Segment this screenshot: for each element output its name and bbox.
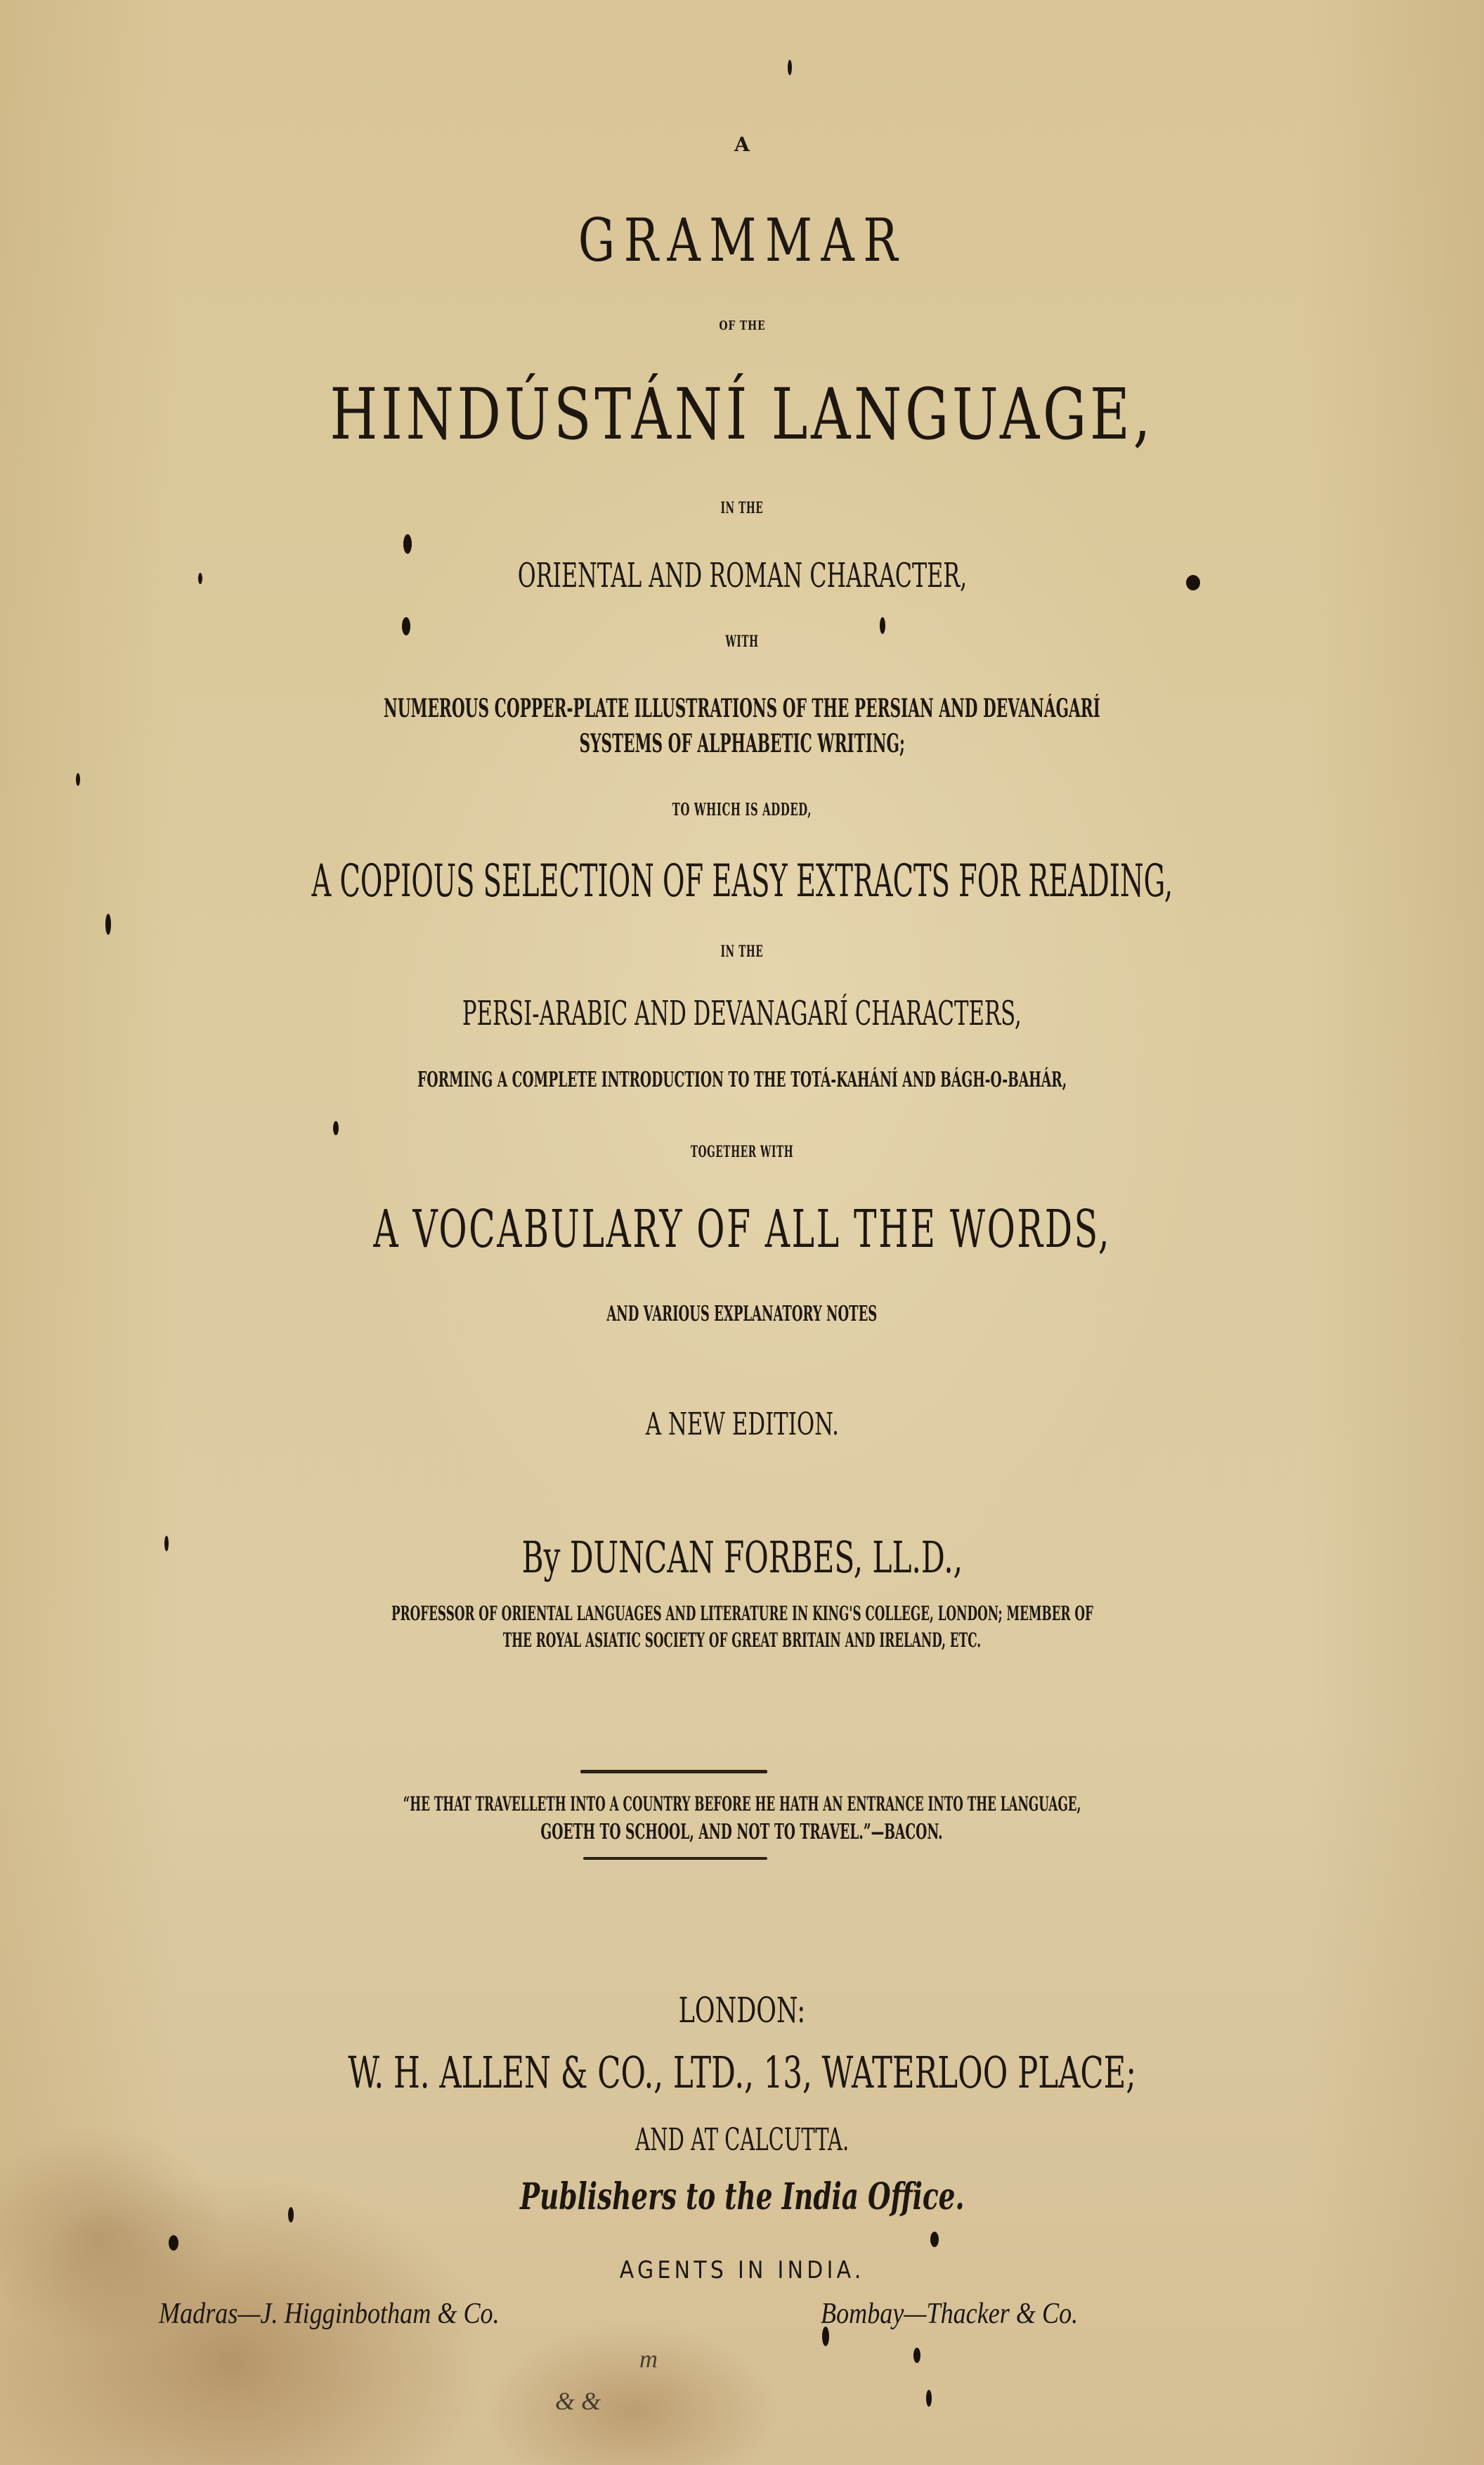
in-the-label-2: IN THE: [0, 944, 1484, 959]
author-credentials-2: THE ROYAL ASIATIC SOCIETY OF GREAT BRITA…: [0, 1631, 1484, 1650]
ink-speck: [926, 2390, 932, 2407]
main-title-text: GRAMMAR: [578, 211, 906, 270]
author-line: By DUNCAN FORBES, LL.D.,: [0, 1536, 1484, 1579]
agents-list: Madras—J. Higginbotham & Co. Bombay—Thac…: [0, 2297, 1484, 2339]
forming-line-text: FORMING A COMPLETE INTRODUCTION TO THE T…: [417, 1070, 1067, 1091]
persi-arabic-line-text: PERSI-ARABIC AND DEVANAGARÍ CHARACTERS,: [462, 997, 1022, 1030]
title-article: A: [0, 135, 1484, 155]
main-title: GRAMMAR: [0, 211, 1484, 270]
with-text: WITH: [725, 634, 758, 649]
imprint-publisher-text: W. H. ALLEN & CO., LTD., 13, WATERLOO PL…: [348, 2051, 1136, 2095]
author-credentials-2-text: THE ROYAL ASIATIC SOCIETY OF GREAT BRITA…: [503, 1631, 981, 1650]
forming-line: FORMING A COMPLETE INTRODUCTION TO THE T…: [0, 1070, 1484, 1091]
agent-madras: Madras—J. Higginbotham & Co.: [159, 2297, 500, 2331]
agents-heading: AGENTS IN INDIA.: [0, 2258, 1484, 2282]
title-article-text: A: [734, 133, 750, 156]
ink-speck: [403, 534, 412, 554]
ink-speck: [930, 2232, 939, 2247]
stain-fragment-m: m: [639, 2344, 658, 2374]
ink-speck: [333, 1121, 339, 1135]
ink-speck: [402, 617, 410, 635]
edition-text: A NEW EDITION.: [646, 1409, 839, 1440]
ink-speck: [788, 60, 792, 75]
language-title-text: HINDÚSTÁNÍ LANGUAGE,: [330, 380, 1154, 450]
author-line-text: By DUNCAN FORBES, LL.D.,: [521, 1536, 962, 1579]
notes-line: AND VARIOUS EXPLANATORY NOTES: [0, 1304, 1484, 1325]
author-credentials-1-text: PROFESSOR OF ORIENTAL LANGUAGES AND LITE…: [391, 1604, 1093, 1624]
epigraph-line-2: GOETH TO SCHOOL, AND NOT TO TRAVEL.”—BAC…: [0, 1822, 1484, 1843]
divider-rule-top: [580, 1770, 767, 1773]
of-the-label: OF THE: [0, 320, 1484, 332]
epigraph-line-2-text: GOETH TO SCHOOL, AND NOT TO TRAVEL.”—BAC…: [541, 1822, 943, 1843]
to-which-is-added-text: TO WHICH IS ADDED,: [672, 801, 812, 818]
illustrations-line-2: SYSTEMS OF ALPHABETIC WRITING;: [0, 731, 1484, 756]
in-the-label-1: IN THE: [0, 500, 1484, 516]
language-title: HINDÚSTÁNÍ LANGUAGE,: [0, 380, 1484, 450]
ink-speck: [880, 617, 885, 634]
characters-line-text: ORIENTAL AND ROMAN CHARACTER,: [517, 559, 966, 593]
vocabulary-line-text: A VOCABULARY OF ALL THE WORDS,: [373, 1203, 1111, 1255]
stain-fragment-ampersands: & &: [555, 2386, 601, 2416]
author-credentials-1: PROFESSOR OF ORIENTAL LANGUAGES AND LITE…: [0, 1604, 1484, 1624]
imprint-publisher-role-text: Publishers to the India Office.: [520, 2179, 965, 2215]
to-which-is-added-label: TO WHICH IS ADDED,: [0, 801, 1484, 818]
imprint-publisher: W. H. ALLEN & CO., LTD., 13, WATERLOO PL…: [0, 2051, 1484, 2095]
selection-line: A COPIOUS SELECTION OF EASY EXTRACTS FOR…: [0, 859, 1484, 904]
of-the-text: OF THE: [719, 320, 765, 332]
edition-line: A NEW EDITION.: [0, 1409, 1484, 1440]
imprint-publisher-role: Publishers to the India Office.: [0, 2179, 1484, 2215]
together-with-text: TOGETHER WITH: [691, 1144, 793, 1160]
illustrations-line-2-text: SYSTEMS OF ALPHABETIC WRITING;: [579, 731, 904, 756]
imprint-city: LONDON:: [0, 1993, 1484, 2028]
imprint-city-text: LONDON:: [679, 1993, 805, 2028]
vocabulary-line: A VOCABULARY OF ALL THE WORDS,: [0, 1203, 1484, 1255]
with-label: WITH: [0, 634, 1484, 649]
ink-speck: [76, 773, 80, 786]
divider-rule-bottom: [583, 1857, 767, 1860]
agents-heading-text: AGENTS IN INDIA.: [620, 2258, 865, 2282]
agent-bombay: Bombay—Thacker & Co.: [821, 2297, 1078, 2331]
illustrations-line-1-text: NUMEROUS COPPER-PLATE ILLUSTRATIONS OF T…: [384, 696, 1100, 721]
selection-line-text: A COPIOUS SELECTION OF EASY EXTRACTS FOR…: [311, 859, 1173, 904]
in-the-text-1: IN THE: [721, 500, 764, 516]
ink-speck: [913, 2348, 920, 2363]
in-the-text-2: IN THE: [721, 944, 764, 959]
ink-speck: [169, 2235, 178, 2251]
imprint-also-at-text: AND AT CALCUTTA.: [635, 2125, 849, 2156]
epigraph-line-1: “HE THAT TRAVELLETH INTO A COUNTRY BEFOR…: [0, 1794, 1484, 1814]
imprint-also-at: AND AT CALCUTTA.: [0, 2125, 1484, 2156]
together-with-label: TOGETHER WITH: [0, 1144, 1484, 1160]
ink-speck: [105, 914, 111, 935]
characters-line: ORIENTAL AND ROMAN CHARACTER,: [0, 559, 1484, 593]
notes-line-text: AND VARIOUS EXPLANATORY NOTES: [607, 1304, 878, 1325]
epigraph-line-1-text: “HE THAT TRAVELLETH INTO A COUNTRY BEFOR…: [403, 1794, 1081, 1814]
illustrations-line-1: NUMEROUS COPPER-PLATE ILLUSTRATIONS OF T…: [0, 696, 1484, 721]
persi-arabic-line: PERSI-ARABIC AND DEVANAGARÍ CHARACTERS,: [0, 997, 1484, 1030]
